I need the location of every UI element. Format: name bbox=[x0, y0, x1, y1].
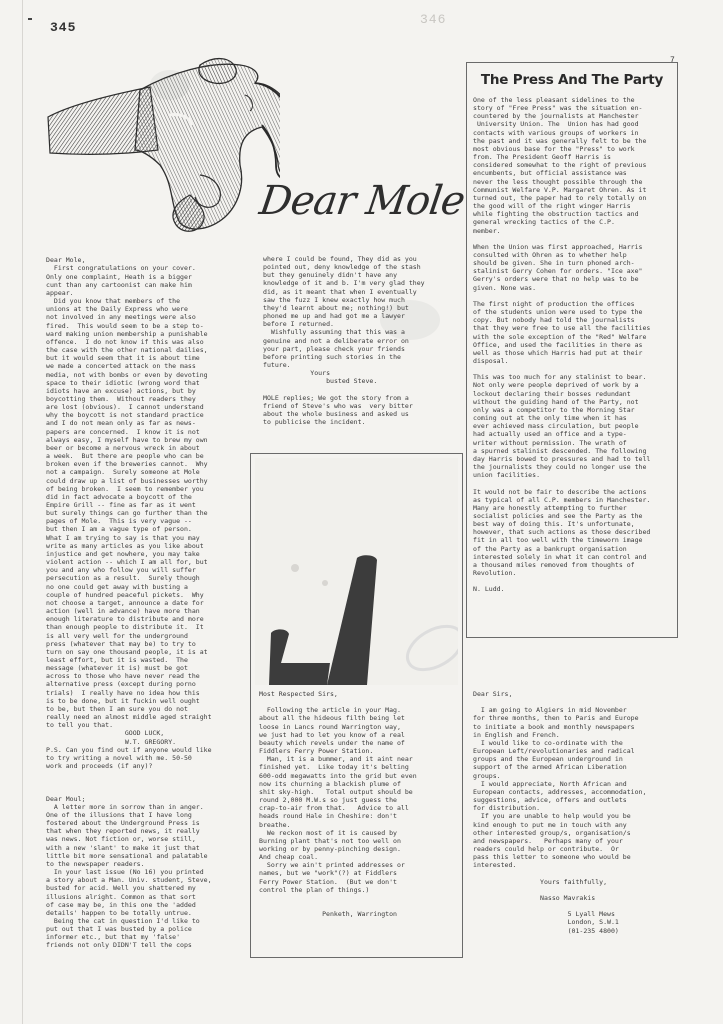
text-line: to tell you that. bbox=[46, 721, 251, 729]
text-line: the good will of the right winger Harris bbox=[473, 202, 650, 210]
text-line: We reckon most of it is caused by bbox=[259, 829, 417, 837]
text-line: not involved in any meetings were also bbox=[46, 313, 251, 321]
text-line: One of the illusions that I have long bbox=[46, 811, 251, 819]
text-line: are lost (obvious). I cannot understand bbox=[46, 403, 251, 411]
text-line: is to be done, but it fuckin well ought bbox=[46, 697, 251, 705]
text-line: of the students union were used to type … bbox=[473, 308, 650, 316]
text-line: fostered about the Underground Press is bbox=[46, 819, 251, 827]
text-line: names, but we "work"(?) at Fiddlers bbox=[259, 869, 417, 877]
text-line: appear. bbox=[46, 289, 251, 297]
text-line: University Union. The Union has had good bbox=[473, 120, 650, 128]
text-line: injustice and get nowhere, you may take bbox=[46, 550, 251, 558]
text-line: Gerry's orders were that no help was to … bbox=[473, 275, 650, 283]
text-line: When the Union was first approached, Har… bbox=[473, 243, 650, 251]
text-line: to initiate a book and monthly newspaper… bbox=[473, 723, 646, 731]
text-line bbox=[473, 235, 650, 243]
text-line: enough literature to distribute and more bbox=[46, 615, 251, 623]
text-line: Not only were people deprived of work by… bbox=[473, 381, 650, 389]
text-line: the case with the other national dailies… bbox=[46, 346, 251, 354]
text-line: no one could get away with busting a bbox=[46, 583, 251, 591]
text-line: that when they reported news, it really bbox=[46, 827, 251, 835]
text-line bbox=[46, 786, 251, 794]
text-line: day Harris bowed to pressures and had to… bbox=[473, 455, 650, 463]
text-line: work and proceeds (if any)? bbox=[46, 762, 251, 770]
text-line: coming out at the only time when it has bbox=[473, 414, 650, 422]
text-line: and newspapers. Perhaps many of your bbox=[473, 837, 646, 845]
letter-gregory: Dear Mole, First congratulations on your… bbox=[46, 256, 251, 770]
text-line: the journalists they could no longer use… bbox=[473, 463, 650, 471]
text-line: should be given. She in turn phoned arch… bbox=[473, 259, 650, 267]
text-line: turn on say one thousand people, it is a… bbox=[46, 648, 251, 656]
text-line: little bit more sensational and palatabl… bbox=[46, 852, 251, 860]
text-line: N. Ludd. bbox=[473, 585, 650, 593]
text-line: write as many articles as you like about bbox=[46, 542, 251, 550]
text-line: This was too much for any stalinist to b… bbox=[473, 373, 650, 381]
text-line: put out that I was busted by a police bbox=[46, 925, 251, 933]
text-line: where I could be found, They did as you bbox=[263, 255, 463, 263]
text-line: that they were free to use all the facil… bbox=[473, 324, 650, 332]
article-title: The Press And The Party bbox=[467, 72, 677, 88]
text-line: of being broken. I seem to remember you bbox=[46, 485, 251, 493]
text-line bbox=[259, 698, 417, 706]
article-box-press-and-party: The Press And The Party One of the less … bbox=[466, 62, 678, 638]
text-line: unions at the Daily Express who were bbox=[46, 305, 251, 313]
text-line bbox=[259, 902, 417, 910]
text-line: member. bbox=[473, 227, 650, 235]
text-line: kind enough to put me in touch with any bbox=[473, 821, 646, 829]
text-line: pass this letter to someone who would be bbox=[473, 853, 646, 861]
text-line: friend of Steve's who was very bitter bbox=[263, 402, 463, 410]
text-line: Ferry Power Station. (But we don't bbox=[259, 878, 417, 886]
text-line bbox=[259, 894, 417, 902]
text-line: action (well in advance) have more than bbox=[46, 607, 251, 615]
text-line: W.T. GREGORY. bbox=[46, 738, 251, 746]
letter-steve-part1: Dear Moul; A letter more in sorrow than … bbox=[46, 786, 251, 949]
text-line: In your last issue (No 16) you printed bbox=[46, 868, 251, 876]
text-line: without the guiding hand of the Party, n… bbox=[473, 398, 650, 406]
text-line: friends not only DIDN'T tell the cops bbox=[46, 941, 251, 949]
text-line: pages of Mole. This is very vague -- bbox=[46, 517, 251, 525]
page-edge bbox=[22, 0, 23, 1024]
text-line: story of "Free Press" was the situation … bbox=[473, 104, 650, 112]
text-line: What I am trying to say is that you may bbox=[46, 534, 251, 542]
text-line: only was a competitor to the Morning Sta… bbox=[473, 406, 650, 414]
text-line: the past and it was generally felt to be… bbox=[473, 137, 650, 145]
text-line: lockout declaring their bosses redundant bbox=[473, 390, 650, 398]
text-line: illusions alright. Common as that sort bbox=[46, 893, 251, 901]
text-line: saw the fuzz I knew exactly how much bbox=[263, 296, 463, 304]
text-line: always easy, I myself have to brew my ow… bbox=[46, 436, 251, 444]
text-line: general wrecking tactics of the C.P. bbox=[473, 218, 650, 226]
text-line: fired. This would seem to be a step to- bbox=[46, 322, 251, 330]
text-line: European Left/revolutionaries and radica… bbox=[473, 747, 646, 755]
text-line: Did you know that members of the bbox=[46, 297, 251, 305]
letter-box-fiddlers-ferry: Most Respected Sirs, Following the artic… bbox=[250, 453, 463, 958]
text-line: a week. But there are people who can be bbox=[46, 452, 251, 460]
text-line: with a new 'slant' to make it just that bbox=[46, 844, 251, 852]
text-line: London, S.W.1 bbox=[473, 918, 646, 926]
text-line: 5 Lyall Mews bbox=[473, 910, 646, 918]
text-line bbox=[473, 479, 650, 487]
letter-fiddlers-ferry-text: Most Respected Sirs, Following the artic… bbox=[259, 690, 417, 918]
text-line bbox=[473, 902, 646, 910]
text-line: Fiddlers Ferry Power Station. bbox=[259, 747, 417, 755]
text-line bbox=[473, 698, 646, 706]
text-line: not choose a target, announce a date for bbox=[46, 599, 251, 607]
text-line: MOLE replies; We got the story from a bbox=[263, 394, 463, 402]
text-line: beauty which revels under the name of bbox=[259, 739, 417, 747]
text-line: socialist policies and see the Party as … bbox=[473, 512, 650, 520]
text-line: pointed out, deny knowledge of the stash bbox=[263, 263, 463, 271]
letters-left-column: Dear Mole, First congratulations on your… bbox=[46, 240, 251, 958]
text-line: Most Respected Sirs, bbox=[259, 690, 417, 698]
text-line: to be, but then I am sure you do not bbox=[46, 705, 251, 713]
text-line: Following the article in your Mag. bbox=[259, 706, 417, 714]
text-line: Nasso Mavrakis bbox=[473, 894, 646, 902]
text-line: Office, and used the facilities in there… bbox=[473, 341, 650, 349]
text-line: contacts with various groups of workers … bbox=[473, 129, 650, 137]
text-line: ever achieved mass circulation, but peop… bbox=[473, 422, 650, 430]
letter-mavrakis: Dear Sirs, I am going to Algiers in mid … bbox=[473, 690, 646, 935]
text-line: disposal. bbox=[473, 357, 650, 365]
text-line: considered somewhat to the right of prev… bbox=[473, 161, 650, 169]
text-line: genuine and not a deliberate error on bbox=[263, 337, 463, 345]
text-line: countered by the journalists at Manchest… bbox=[473, 112, 650, 120]
text-line: you and any who follow you will suffer bbox=[46, 566, 251, 574]
text-line: writer without permission. The wrath of bbox=[473, 439, 650, 447]
text-line: Yours faithfully, bbox=[473, 878, 646, 886]
text-line: best way of doing this. It's unfortunate… bbox=[473, 520, 650, 528]
masthead-title: Dear Mole bbox=[257, 178, 467, 224]
text-line: broken even if the breweries cannot. Why bbox=[46, 460, 251, 468]
text-line: control the plan of things.) bbox=[259, 886, 417, 894]
text-line: and I do not mean only as far as news- bbox=[46, 419, 251, 427]
text-line: as typical of all C.P. members in Manche… bbox=[473, 496, 650, 504]
text-line bbox=[263, 386, 463, 394]
text-line: but then I am a vague type of person. bbox=[46, 525, 251, 533]
text-line: papers are concerned. I know it is not bbox=[46, 428, 251, 436]
text-line: of the Party as a bankrupt organisation bbox=[473, 545, 650, 553]
text-line: beer or become a nervous wreck in about bbox=[46, 444, 251, 452]
text-line: trials) I really have no idea how this bbox=[46, 689, 251, 697]
text-line: P.S. Can you find out if anyone would li… bbox=[46, 746, 251, 754]
text-line: before printing such stories in the bbox=[263, 353, 463, 361]
text-line: from. The President Geoff Harris is bbox=[473, 153, 650, 161]
text-line: working or by penny-pinching design. bbox=[259, 845, 417, 853]
text-line: fit in all too well with the timeworn im… bbox=[473, 536, 650, 544]
text-line: Dear Sirs, bbox=[473, 690, 646, 698]
text-line: before I returned. bbox=[263, 320, 463, 328]
text-line: a spurned stalinist descended. The follo… bbox=[473, 447, 650, 455]
text-line: not a campaign. Surely someone at Mole bbox=[46, 468, 251, 476]
text-line: Sorry we ain't printed addresses or bbox=[259, 861, 417, 869]
text-line: of case may be, in this one the 'added bbox=[46, 901, 251, 909]
text-line: If you are unable to help would you be bbox=[473, 812, 646, 820]
text-line: Dear Moul; bbox=[46, 795, 251, 803]
text-line: encumbents, but official assistance was bbox=[473, 169, 650, 177]
text-line: a thousand miles removed from thoughts o… bbox=[473, 561, 650, 569]
text-line: First congratulations on your cover. bbox=[46, 264, 251, 272]
text-line: most obvious base for the "Press" to wor… bbox=[473, 145, 650, 153]
text-line: Burning plant that's not too well on bbox=[259, 837, 417, 845]
text-line: persecution as a result. Surely though bbox=[46, 574, 251, 582]
text-line: offence. I do not know if this was also bbox=[46, 338, 251, 346]
text-line: And cheap coal. bbox=[259, 853, 417, 861]
text-line: other interested group/s, organisation/s bbox=[473, 829, 646, 837]
text-line bbox=[473, 869, 646, 877]
text-line: to the newspaper readers. bbox=[46, 860, 251, 868]
text-line: for distribution. bbox=[473, 804, 646, 812]
text-line: One of the less pleasant sidelines to th… bbox=[473, 96, 650, 104]
text-line bbox=[473, 292, 650, 300]
text-line: given. None was. bbox=[473, 284, 650, 292]
text-line: GOOD LUCK, bbox=[46, 729, 251, 737]
text-line: crap-to-air from that. Advice to all bbox=[259, 804, 417, 812]
text-line: with the sole exception of the "Red" Wel… bbox=[473, 333, 650, 341]
text-line: shit sky-high. Total output should be bbox=[259, 788, 417, 796]
text-line: I would like to co-ordinate with the bbox=[473, 739, 646, 747]
text-line: groups. bbox=[473, 772, 646, 780]
text-line: message (whatever it is) must be got bbox=[46, 664, 251, 672]
text-line: ward making union membership a punishabl… bbox=[46, 330, 251, 338]
text-line: Communist Welfare V.P. Margaret Ohren. A… bbox=[473, 186, 650, 194]
text-line: why the boycott is not standard practice bbox=[46, 411, 251, 419]
text-line: Wishfully assuming that this was a bbox=[263, 328, 463, 336]
text-line: busted Steve. bbox=[263, 377, 463, 385]
text-line: turned out, the paper had to rely totall… bbox=[473, 194, 650, 202]
letter-steve-part2: where I could be found, They did as youp… bbox=[263, 255, 463, 426]
text-line: but surely things can go further than th… bbox=[46, 509, 251, 517]
text-line: had actually used an office and a type- bbox=[473, 430, 650, 438]
text-line: Dear Mole, bbox=[46, 256, 251, 264]
text-line: did, as it meant that when I eventually bbox=[263, 288, 463, 296]
text-line: but they genuinely didn't have any bbox=[263, 271, 463, 279]
text-line: Only one complaint, Heath is a bigger bbox=[46, 273, 251, 281]
text-line: interested solely in what it can control… bbox=[473, 553, 650, 561]
text-line: copy. But nobody had told the journalist… bbox=[473, 316, 650, 324]
page-number: 345 bbox=[50, 20, 76, 35]
text-line: press (whatever that may be) to try to bbox=[46, 640, 251, 648]
margin-mark bbox=[28, 18, 32, 20]
text-line: to try writing a novel with me. 50-50 bbox=[46, 754, 251, 762]
text-line: 600-odd megawatts into the grid but even bbox=[259, 772, 417, 780]
text-line: alternative press (except during porno bbox=[46, 680, 251, 688]
text-line: did in fact advocate a boycott of the bbox=[46, 493, 251, 501]
text-line: Many are honestly attempting to further bbox=[473, 504, 650, 512]
text-line: union facilities. bbox=[473, 471, 650, 479]
text-line: cunt than any cartoonist can make him bbox=[46, 281, 251, 289]
text-line: for three months, then to Paris and Euro… bbox=[473, 714, 646, 722]
text-line: is all very well for the underground bbox=[46, 632, 251, 640]
text-line: interested. bbox=[473, 861, 646, 869]
text-line: a story about a Man. Univ. student, Stev… bbox=[46, 876, 251, 884]
text-line: to publicise the incident. bbox=[263, 418, 463, 426]
text-line: support of the armed African Liberation bbox=[473, 763, 646, 771]
power-station-chimney-photo bbox=[255, 458, 458, 685]
text-line: It would not be fair to describe the act… bbox=[473, 488, 650, 496]
text-line: Yours bbox=[263, 369, 463, 377]
text-line: Revolution. bbox=[473, 569, 650, 577]
text-line: we made a concerted attack on the mass bbox=[46, 362, 251, 370]
text-line: now its churning a blackish plume of bbox=[259, 780, 417, 788]
text-line: while fighting the obstruction tactics a… bbox=[473, 210, 650, 218]
text-line: consulted with Ohren as to whether help bbox=[473, 251, 650, 259]
text-line: space to their idiotic (wrong word that bbox=[46, 379, 251, 387]
text-line: busted for acid. Well you shattered my bbox=[46, 884, 251, 892]
text-line: really need an almost middle aged straig… bbox=[46, 713, 251, 721]
text-line: informer etc., but that my 'false' bbox=[46, 933, 251, 941]
text-line: future. bbox=[263, 361, 463, 369]
text-line: idiots have an excuse) actions, but by bbox=[46, 387, 251, 395]
text-line: in English and French. bbox=[473, 731, 646, 739]
text-line: knowledge of it and b. I'm very glad the… bbox=[263, 279, 463, 287]
text-line: I am going to Algiers in mid November bbox=[473, 706, 646, 714]
text-line: but it would seem that it is about time bbox=[46, 354, 251, 362]
text-line: readers could help or contribute. Or bbox=[473, 845, 646, 853]
text-line: The first night of production the office… bbox=[473, 300, 650, 308]
text-line: boycotting them. Without readers they bbox=[46, 395, 251, 403]
text-line bbox=[473, 365, 650, 373]
text-line: about the whole business and asked us bbox=[263, 410, 463, 418]
bleed-through-page-number: 346 bbox=[420, 12, 446, 27]
text-line: Man, it is a bummer, and it aint near bbox=[259, 755, 417, 763]
article-body: One of the less pleasant sidelines to th… bbox=[473, 96, 650, 594]
text-line: they'd learnt about me; nothing!) but bbox=[263, 304, 463, 312]
text-line: Empire Grill -- fine as far as it went bbox=[46, 501, 251, 509]
text-line: couple of hundred peaceful pickets. Why bbox=[46, 591, 251, 599]
text-line: stalinist Gerry Cohen for orders. "Ice a… bbox=[473, 267, 650, 275]
text-line: about all the hideous filth being let bbox=[259, 714, 417, 722]
text-line: details' happen to be totally untrue. bbox=[46, 909, 251, 917]
text-line: least effort, but it is wasted. The bbox=[46, 656, 251, 664]
text-line: was news. Not fiction or, worse still, bbox=[46, 835, 251, 843]
pointing-hand-icon bbox=[40, 55, 280, 245]
text-line: European contacts, addresses, accommodat… bbox=[473, 788, 646, 796]
text-line: loose in Lancs round Warrington way, bbox=[259, 723, 417, 731]
text-line: A letter more in sorrow than in anger. bbox=[46, 803, 251, 811]
text-line: round 2,000 M.W.s so just guess the bbox=[259, 796, 417, 804]
text-line: your part, please check your friends bbox=[263, 345, 463, 353]
text-line: (01-235 4800) bbox=[473, 927, 646, 935]
text-line: heads round Hale in Cheshire: don't bbox=[259, 812, 417, 820]
text-line: however, that such actions as those desc… bbox=[473, 528, 650, 536]
text-line: never the less thought possible through … bbox=[473, 178, 650, 186]
text-line: Penketh, Warrington bbox=[259, 910, 417, 918]
text-line: well as those which Harris had put at th… bbox=[473, 349, 650, 357]
text-line: violent action -- which I am all for, bu… bbox=[46, 558, 251, 566]
text-line: suggestions, advice, offers and outlets bbox=[473, 796, 646, 804]
text-line: Being the cat in question I'd like to bbox=[46, 917, 251, 925]
text-line: groups and the European underground in bbox=[473, 755, 646, 763]
text-line bbox=[473, 886, 646, 894]
text-line: we just had to let you know of a real bbox=[259, 731, 417, 739]
text-line: across to those who have never read the bbox=[46, 672, 251, 680]
text-line: could draw up a list of businesses worth… bbox=[46, 477, 251, 485]
text-line: breathe. bbox=[259, 821, 417, 829]
text-line: than enough people to distribute it. It bbox=[46, 623, 251, 631]
text-line: finished yet. Like today it's belting bbox=[259, 763, 417, 771]
text-line: I would appreciate, North African and bbox=[473, 780, 646, 788]
text-line: phoned me up and had got me a lawyer bbox=[263, 312, 463, 320]
text-line: media, not with bombs or even by devotin… bbox=[46, 371, 251, 379]
text-line bbox=[473, 577, 650, 585]
